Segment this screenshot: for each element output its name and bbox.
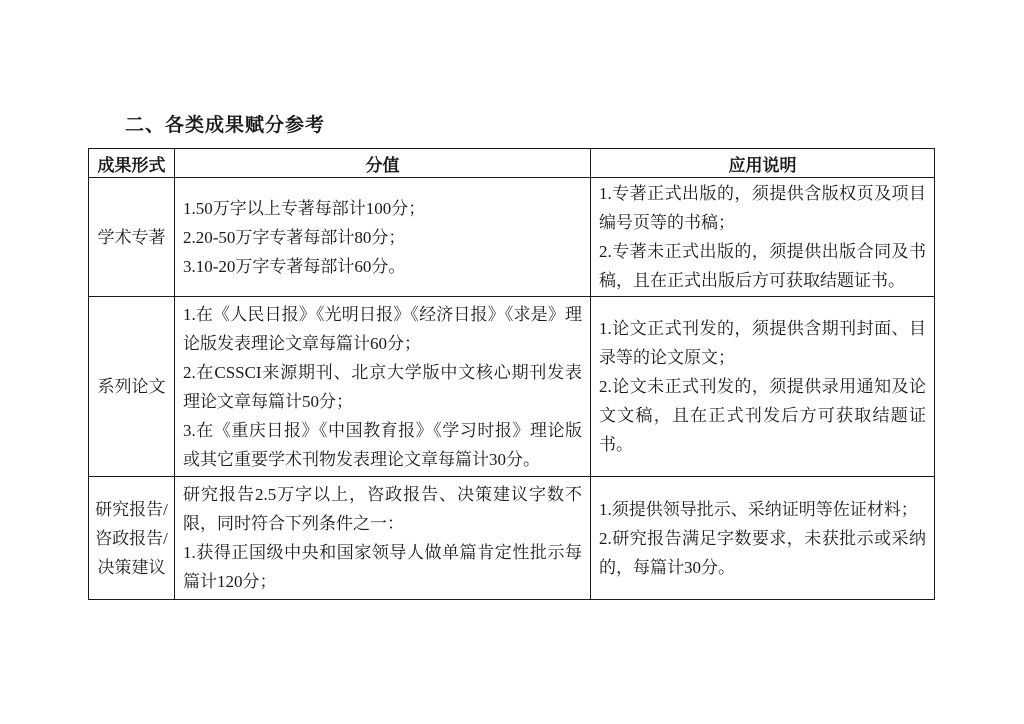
score-item: 2.在CSSCI来源期刊、北京大学版中文核心期刊发表理论文章每篇计50分； (183, 358, 582, 416)
table-row-academic-monograph: 学术专著 1.50万字以上专著每部计100分； 2.20-50万字专著每部计80… (89, 178, 935, 297)
notes-cell: 1.论文正式刊发的，须提供含期刊封面、目录等的论文原文； 2.论文未正式刊发的，… (591, 297, 935, 477)
score-item: 2.20-50万字专著每部计80分； (183, 223, 582, 252)
table-header-row: 成果形式 分值 应用说明 (89, 149, 935, 178)
col-header-score: 分值 (175, 149, 591, 178)
score-item: 3.10-20万字专著每部计60分。 (183, 252, 582, 281)
table-row-research-report: 研究报告/ 咨政报告/ 决策建议 研究报告2.5万字以上，咨政报告、决策建议字数… (89, 477, 935, 600)
notes-cell: 1.专著正式出版的，须提供含版权页及项目编号页等的书稿； 2.专著未正式出版的，… (591, 178, 935, 297)
note-item: 2.研究报告满足字数要求，未获批示或采纳的，每篇计30分。 (599, 524, 926, 582)
table-row-paper-series: 系列论文 1.在《人民日报》《光明日报》《经济日报》《求是》理论版发表理论文章每… (89, 297, 935, 477)
score-item: 研究报告2.5万字以上，咨政报告、决策建议字数不限，同时符合下列条件之一： (183, 480, 582, 538)
section-title: 二、各类成果赋分参考 (125, 110, 325, 137)
score-item: 1.获得正国级中央和国家领导人做单篇肯定性批示每篇计120分； (183, 538, 582, 596)
col-header-application-notes: 应用说明 (591, 149, 935, 178)
note-item: 2.论文未正式刊发的，须提供录用通知及论文文稿，且在正式刊发后方可获取结题证书。 (599, 372, 926, 459)
score-cell: 研究报告2.5万字以上，咨政报告、决策建议字数不限，同时符合下列条件之一： 1.… (175, 477, 591, 600)
score-item: 3.在《重庆日报》《中国教育报》《学习时报》理论版或其它重要学术刊物发表理论文章… (183, 416, 582, 474)
score-cell: 1.在《人民日报》《光明日报》《经济日报》《求是》理论版发表理论文章每篇计60分… (175, 297, 591, 477)
note-item: 1.专著正式出版的，须提供含版权页及项目编号页等的书稿； (599, 179, 926, 237)
document-page: 二、各类成果赋分参考 成果形式 分值 应用说明 学术专著 1.50万字以上专著每… (0, 0, 1024, 724)
note-item: 1.须提供领导批示、采纳证明等佐证材料； (599, 495, 926, 524)
notes-cell: 1.须提供领导批示、采纳证明等佐证材料； 2.研究报告满足字数要求，未获批示或采… (591, 477, 935, 600)
score-item: 1.在《人民日报》《光明日报》《经济日报》《求是》理论版发表理论文章每篇计60分… (183, 300, 582, 358)
note-item: 1.论文正式刊发的，须提供含期刊封面、目录等的论文原文； (599, 314, 926, 372)
score-cell: 1.50万字以上专著每部计100分； 2.20-50万字专著每部计80分； 3.… (175, 178, 591, 297)
score-reference-table: 成果形式 分值 应用说明 学术专著 1.50万字以上专著每部计100分； 2.2… (88, 148, 935, 600)
score-item: 1.50万字以上专著每部计100分； (183, 194, 582, 223)
category-cell: 研究报告/ 咨政报告/ 决策建议 (89, 477, 175, 600)
col-header-result-type: 成果形式 (89, 149, 175, 178)
category-cell: 系列论文 (89, 297, 175, 477)
note-item: 2.专著未正式出版的，须提供出版合同及书稿，且在正式出版后方可获取结题证书。 (599, 237, 926, 295)
category-cell: 学术专著 (89, 178, 175, 297)
